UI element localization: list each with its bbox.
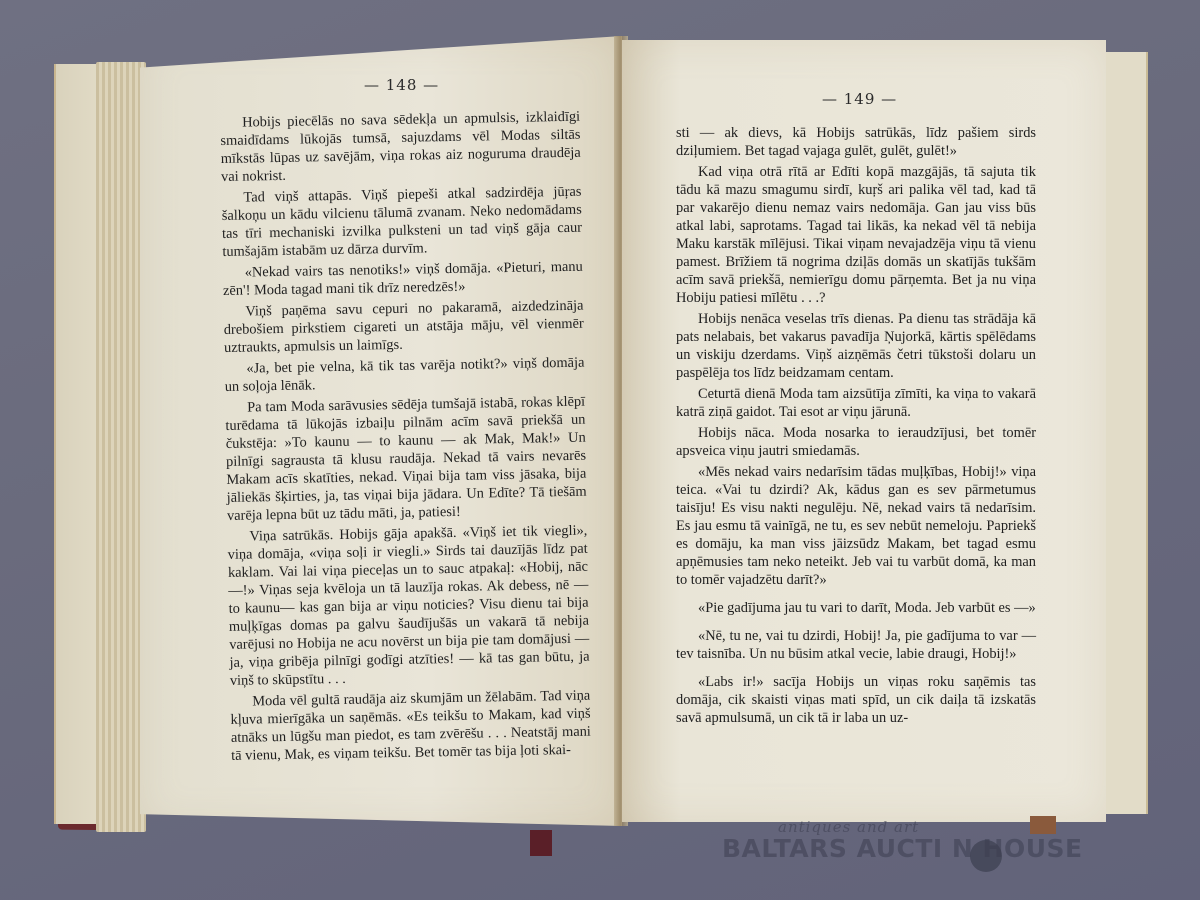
paragraph: Kad viņa otrā rītā ar Edīti kopā mazgājā…: [676, 163, 1036, 307]
paragraph: «Nekad vairs tas nenotiks!» viņš domāja.…: [223, 258, 584, 300]
left-page: — 148 — Hobijs piecēlās no sava sēdekļa …: [140, 36, 622, 826]
paragraph: «Nē, tu ne, vai tu dzirdi, Hobij! Ja, pi…: [676, 627, 1036, 663]
paragraph: Moda vēl gultā raudāja aiz skumjām un žē…: [230, 687, 591, 765]
page-number-right: — 149 —: [822, 90, 897, 108]
paragraph: «Ja, bet pie velna, kā tik tas varēja no…: [224, 354, 585, 396]
left-page-text: Hobijs piecēlās no sava sēdekļa un apmul…: [220, 108, 591, 768]
paragraph: Hobijs nenāca veselas trīs dienas. Pa di…: [676, 310, 1036, 382]
watermark-name: BALTARS AUCTI N HOUSE: [722, 834, 1083, 863]
paragraph: Hobijs piecēlās no sava sēdekļa un apmul…: [220, 108, 581, 186]
page-number-left: — 148 —: [364, 76, 439, 94]
paragraph: Pa tam Moda sarāvusies sēdēja tumšajā is…: [225, 393, 587, 525]
right-page: — 149 — sti — ak dievs, kā Hobijs satrūk…: [622, 40, 1106, 822]
auction-logo-icon: [970, 840, 1002, 872]
paragraph: Hobijs nāca. Moda nosarka to ieraudzījus…: [676, 424, 1036, 460]
paragraph: «Pie gadījuma jau tu vari to darīt, Moda…: [676, 599, 1036, 617]
paragraph: Viņa satrūkās. Hobijs gāja apakšā. «Viņš…: [227, 522, 590, 690]
paragraph: Viņš paņēma savu cepuri no pakaramā, aiz…: [223, 297, 584, 357]
right-page-text: sti — ak dievs, kā Hobijs satrūkās, līdz…: [676, 124, 1036, 730]
page-stack-edge: [96, 62, 146, 832]
torn-cover-fragment: [530, 830, 552, 856]
paragraph: «Mēs nekad vairs nedarīsim tādas muļķība…: [676, 463, 1036, 589]
paragraph: Ceturtā dienā Moda tam aizsūtīja zīmīti,…: [676, 385, 1036, 421]
paragraph: Tad viņš attapās. Viņš piepeši atkal sad…: [221, 183, 582, 261]
torn-corner-fragment: [1030, 816, 1056, 834]
paragraph: «Labs ir!» sacīja Hobijs un viņas roku s…: [676, 673, 1036, 727]
open-book: — 148 — Hobijs piecēlās no sava sēdekļa …: [0, 0, 1200, 900]
paragraph: sti — ak dievs, kā Hobijs satrūkās, līdz…: [676, 124, 1036, 160]
